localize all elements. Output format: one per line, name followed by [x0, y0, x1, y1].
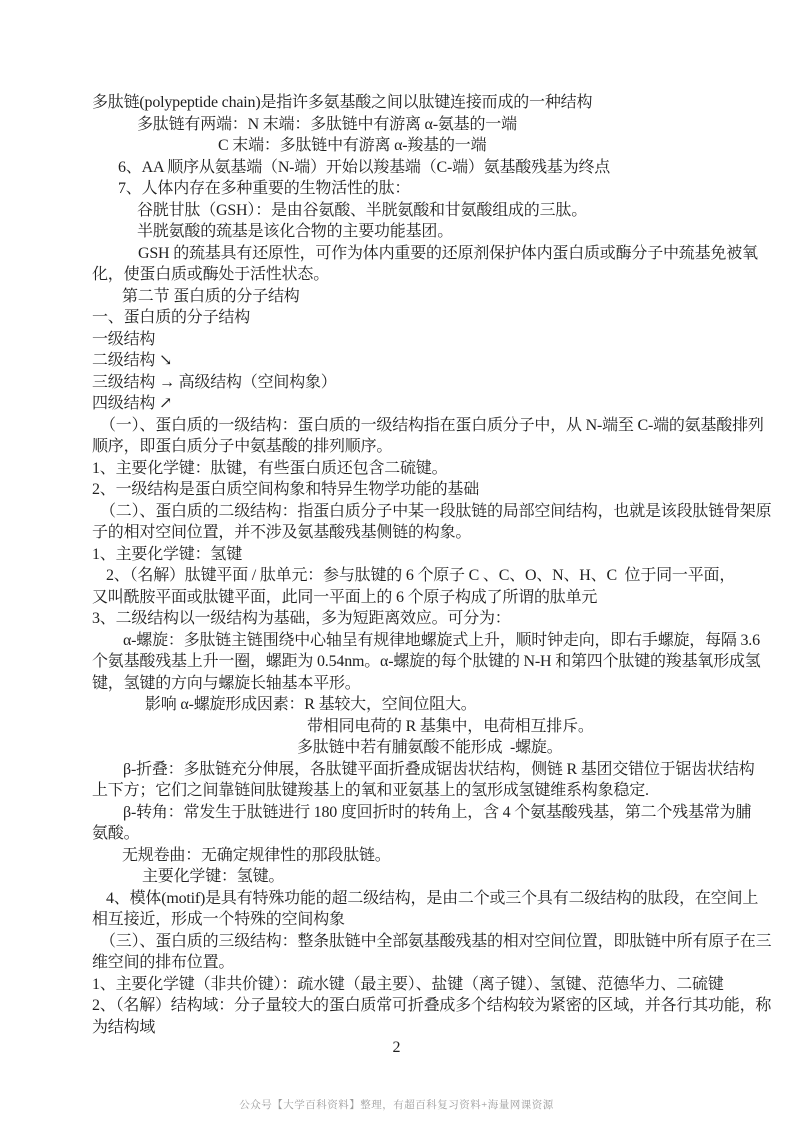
text-line: 7、人体内存在多种重要的生物活性的肽： — [92, 178, 732, 200]
text-line: 上下方；它们之间靠链间肽键羧基上的氧和亚氨基上的氢形成氢键维系构象稳定. — [92, 780, 732, 802]
text-line: 多肽链中若有脯氨酸不能形成 -螺旋。 — [92, 737, 732, 759]
text-line: 主要化学键：氢键。 — [92, 866, 732, 888]
text-line: 维空间的排布位置。 — [92, 952, 732, 974]
text-line: 又叫酰胺平面或肽键平面，此同一平面上的 6 个原子构成了所谓的肽单元 — [92, 587, 732, 609]
text-line: 四级结构 ↗ — [92, 393, 732, 415]
text-line: 多肽链有两端：N 末端：多肽链中有游离 α-氨基的一端 — [92, 114, 732, 136]
text-line: 第二节 蛋白质的分子结构 — [92, 286, 732, 308]
text-line: C 末端：多肽链中有游离 α-羧基的一端 — [92, 135, 732, 157]
text-line: （三）、蛋白质的三级结构：整条肽链中全部氨基酸残基的相对空间位置，即肽链中所有原… — [92, 931, 732, 953]
text-line: 1、主要化学键：肽键，有些蛋白质还包含二硫键。 — [92, 458, 732, 480]
text-line: β-转角：常发生于肽链进行 180 度回折时的转角上，含 4 个氨基酸残基，第二… — [92, 802, 732, 824]
text-line: 4、模体(motif)是具有特殊功能的超二级结构，是由二个或三个具有二级结构的肽… — [92, 888, 732, 910]
text-line: 氨酸。 — [92, 823, 732, 845]
page-number: 2 — [0, 1037, 793, 1059]
text-line: （二）、蛋白质的二级结构：指蛋白质分子中某一段肽链的局部空间结构，也就是该段肽链… — [92, 501, 732, 523]
text-line: （一）、蛋白质的一级结构：蛋白质的一级结构指在蛋白质分子中，从 N-端至 C-端… — [92, 415, 732, 437]
text-line: 影响 α-螺旋形成因素：R 基较大，空间位阻大。 — [92, 694, 732, 716]
text-line: 为结构域 — [92, 1017, 732, 1039]
text-line: 三级结构 → 高级结构（空间构象） — [92, 372, 732, 394]
text-line: 1、主要化学键（非共价键）：疏水键（最主要）、盐键（离子键）、氢键、范德华力、二… — [92, 974, 732, 996]
text-line: 二级结构 ↘ — [92, 350, 732, 372]
document-body: 多肽链(polypeptide chain)是指许多氨基酸之间以肽键连接而成的一… — [92, 92, 732, 1038]
text-line: 个氨基酸残基上升一圈，螺距为 0.54nm。α-螺旋的每个肽键的 N-H 和第四… — [92, 651, 732, 673]
text-line: α-螺旋：多肽链主链围绕中心轴呈有规律地螺旋式上升，顺时钟走向，即右手螺旋，每隔… — [92, 630, 732, 652]
text-line: 子的相对空间位置，并不涉及氨基酸残基侧链的构象。 — [92, 522, 732, 544]
text-line: 顺序，即蛋白质分子中氨基酸的排列顺序。 — [92, 436, 732, 458]
text-line: 多肽链(polypeptide chain)是指许多氨基酸之间以肽键连接而成的一… — [92, 92, 732, 114]
text-line: 2、（名解）结构域：分子量较大的蛋白质常可折叠成多个结构较为紧密的区域，并各行其… — [92, 995, 732, 1017]
text-line: 无规卷曲：无确定规律性的那段肽链。 — [92, 845, 732, 867]
text-line: 半胱氨酸的巯基是该化合物的主要功能基团。 — [92, 221, 732, 243]
text-line: 相互接近，形成一个特殊的空间构象 — [92, 909, 732, 931]
text-line: GSH 的巯基具有还原性，可作为体内重要的还原剂保护体内蛋白质或酶分子中巯基免被… — [92, 243, 732, 265]
text-line: 2、（名解）肽键平面 / 肽单元：参与肽键的 6 个原子 C 、C、O、N、H、… — [92, 565, 732, 587]
text-line: 键，氢键的方向与螺旋长轴基本平形。 — [92, 673, 732, 695]
text-line: 2、一级结构是蛋白质空间构象和特异生物学功能的基础 — [92, 479, 732, 501]
document-page: 多肽链(polypeptide chain)是指许多氨基酸之间以肽键连接而成的一… — [0, 0, 793, 1122]
text-line: 1、主要化学键：氢键 — [92, 544, 732, 566]
text-line: 化，使蛋白质或酶处于活性状态。 — [92, 264, 732, 286]
text-line: β-折叠：多肽链充分伸展，各肽键平面折叠成锯齿状结构，侧链 R 基团交错位于锯齿… — [92, 759, 732, 781]
text-line: 谷胱甘肽（GSH）：是由谷氨酸、半胱氨酸和甘氨酸组成的三肽。 — [92, 200, 732, 222]
text-line: 一、蛋白质的分子结构 — [92, 307, 732, 329]
text-line: 3、二级结构以一级结构为基础，多为短距离效应。可分为： — [92, 608, 732, 630]
footer-note: 公众号【大学百科资料】整理，有超百科复习资料+海量网课资源 — [0, 1098, 793, 1114]
text-line: 6、AA 顺序从氨基端（N-端）开始以羧基端（C-端）氨基酸残基为终点 — [92, 157, 732, 179]
text-line: 带相同电荷的 R 基集中，电荷相互排斥。 — [92, 716, 732, 738]
text-line: 一级结构 — [92, 329, 732, 351]
